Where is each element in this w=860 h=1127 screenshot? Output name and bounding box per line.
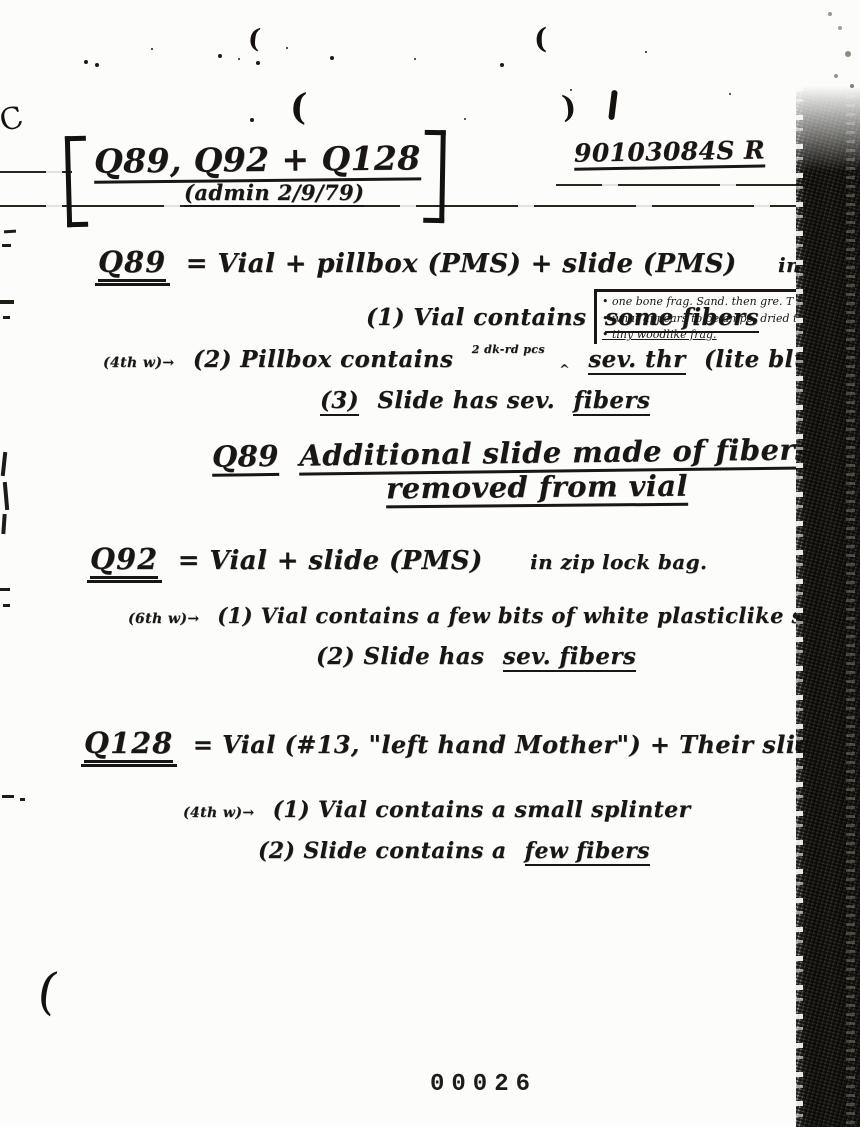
q89-item-3-number: (3) [320, 387, 359, 416]
scanned-notebook-page: ( ( ( ) C ( Q89, Q92 + Q128 (admin 2/9/7… [0, 0, 860, 1127]
q128-item-1-margin-note: (4th w)→ [183, 805, 255, 821]
header-title-text: Q89, Q92 + Q128 [94, 138, 421, 183]
q128-item-1-text: (1) Vial contains a small splinter [273, 797, 691, 823]
q128-item-2-text: (2) Slide contains a [258, 838, 507, 864]
margin-mark [0, 588, 10, 591]
q89-item-2-underlined: sev. thr [588, 346, 685, 375]
stray-ink-mark: ) [560, 89, 578, 125]
q92-item-2: (2) Slide has sev. fibers [316, 644, 646, 670]
q89-item-2-text: (2) Pillbox contains [193, 346, 453, 373]
stray-ink-mark: ( [246, 23, 261, 54]
stray-ink-mark: ( [289, 86, 308, 129]
q92-heading: Q92 = Vial + slide (PMS) in zip lock bag… [90, 543, 717, 577]
q89-item-3: (3) Slide has sev. fibers [320, 388, 660, 414]
margin-mark [2, 244, 11, 247]
q128-item-1: (4th w)→ (1) Vial contains a small splin… [183, 798, 701, 823]
margin-mark [20, 798, 25, 801]
margin-mark [3, 604, 10, 607]
q92-item-2-text: (2) Slide has [316, 643, 484, 670]
scan-edge-band [796, 86, 860, 1127]
q92-definition-suffix: in zip lock bag. [530, 550, 707, 574]
stray-ink-mark: C [0, 100, 27, 140]
stray-ink-mark: ( [534, 22, 547, 55]
q128-definition: = Vial (#13, "left hand Mother") + Their… [193, 730, 860, 759]
q89-additional-label: Q89 [212, 439, 279, 477]
document-number-text: 90103084S R [574, 135, 766, 170]
q89-item-1-text: (1) Vial contains [366, 304, 586, 331]
header-subtitle: (admin 2/9/79) [184, 181, 374, 205]
q89-item-2: (4th w)→ (2) Pillbox contains 2 dk-rd pc… [103, 347, 860, 373]
q92-item-1: (6th w)→ (1) Vial contains a few bits of… [128, 604, 860, 628]
ruled-line-partial [0, 171, 72, 173]
scan-specks [828, 12, 832, 16]
q89-label: Q89 [98, 245, 166, 282]
q128-item-2: (2) Slide contains a few fibers [258, 839, 660, 864]
q89-item-1-underlined: some fibers [605, 304, 759, 333]
q92-item-1-text: (1) Vial contains a few bits of white pl… [217, 603, 860, 628]
ink-stroke-mark [608, 90, 618, 121]
q128-item-2-underlined: few fibers [525, 838, 650, 866]
margin-mark [0, 300, 14, 304]
q89-additional-note-line2: removed from vial [386, 470, 698, 506]
header-title: Q89, Q92 + Q128 [94, 139, 431, 180]
q89-item-3-text: Slide has sev. [377, 387, 555, 414]
q92-label: Q92 [90, 542, 158, 579]
q89-additional-note: Q89 Additional slide made of fibers [212, 433, 822, 474]
q89-additional-text-2: removed from vial [386, 469, 688, 509]
q89-definition: = Vial + pillbox (PMS) + slide (PMS) [186, 249, 737, 279]
header-subtitle-text: (admin 2/9/79) [184, 180, 364, 207]
margin-mark [2, 795, 14, 798]
q89-heading: Q89 = Vial + pillbox (PMS) + slide (PMS)… [98, 246, 860, 280]
q89-item-1: (1) Vial contains some fibers [366, 305, 769, 331]
q128-heading: Q128 = Vial (#13, "left hand Mother") + … [84, 727, 860, 761]
q92-item-2-underlined: sev. fibers [503, 643, 636, 672]
q89-item-3-underlined: fibers [573, 387, 650, 416]
ink-specks [84, 60, 88, 64]
q89-item-2-superscript: 2 dk-rd pcs [472, 343, 545, 356]
q128-label: Q128 [84, 726, 173, 763]
left-bracket-mark [65, 136, 88, 228]
q89-item-2-caret: ^ [559, 362, 569, 376]
q92-item-1-margin-note: (6th w)→ [128, 611, 200, 627]
document-number: 90103084S R [574, 136, 776, 168]
margin-mark [3, 316, 10, 319]
q89-item-2-margin-note: (4th w)→ [103, 355, 175, 371]
page-number-stamp: 00026 [430, 1071, 537, 1098]
q92-definition: = Vial + slide (PMS) [178, 546, 483, 576]
